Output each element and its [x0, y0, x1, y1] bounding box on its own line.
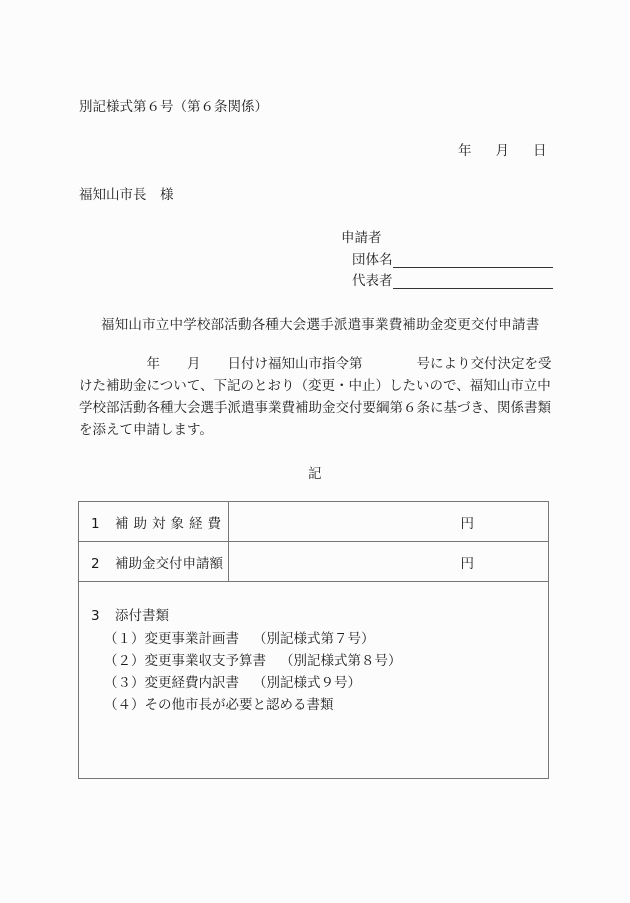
organization-row: 団体名	[352, 248, 553, 268]
representative-field[interactable]	[393, 274, 553, 289]
attachment-index: （１）	[104, 631, 145, 647]
row-number: 1	[91, 516, 115, 532]
date-line: 年月日	[458, 139, 547, 159]
row-value-cell[interactable]: 円	[229, 502, 549, 542]
table-row-application-amount: 2補助金交付申請額 円	[79, 542, 549, 582]
attachment-name: 変更事業収支予算書	[145, 650, 267, 672]
attachment-item: （２）変更事業収支予算書（別記様式第８号）	[91, 650, 548, 672]
document-title: 福知山市立中学校部活動各種大会選手派遣事業費補助金変更交付申請書	[101, 313, 539, 333]
row-value-cell[interactable]: 円	[229, 542, 549, 582]
row-number: 2	[91, 556, 115, 572]
body-line: 年 月 日付け福知山市指令第 号により交付決定を受	[79, 353, 554, 375]
row-unit: 円	[461, 516, 475, 532]
attachments-title-text: 添付書類	[115, 608, 169, 624]
date-month-label: 月	[496, 139, 510, 159]
attachment-item: （１）変更事業計画書（別記様式第７号）	[91, 628, 548, 650]
table-row-attachments: 3添付書類 （１）変更事業計画書（別記様式第７号） （２）変更事業収支予算書（別…	[79, 582, 549, 779]
body-line: を添えて申請します。	[79, 419, 554, 441]
attachments-number: 3	[91, 608, 115, 624]
attachment-index: （３）	[104, 675, 145, 691]
attachment-form-ref: （別記様式９号）	[253, 672, 361, 694]
attachment-name: 変更経費内訳書	[145, 672, 240, 694]
date-year-label: 年	[458, 139, 472, 159]
row-unit: 円	[461, 556, 475, 572]
row-label: 補助対象経費	[115, 516, 226, 532]
attachment-name: 変更事業計画書	[145, 628, 240, 650]
body-line: けた補助金について、下記のとおり（変更・中止）したいので、福知山市立中	[79, 375, 554, 397]
details-table: 1補助対象経費 円 2補助金交付申請額 円 3添付書類 （１）変更事業計画書（別…	[78, 501, 549, 779]
attachment-index: （４）	[104, 697, 145, 713]
attachments-cell: 3添付書類 （１）変更事業計画書（別記様式第７号） （２）変更事業収支予算書（別…	[79, 582, 549, 779]
organization-field[interactable]	[393, 253, 553, 268]
row-label-cell: 2補助金交付申請額	[79, 542, 229, 582]
table-row-subsidy-expenses: 1補助対象経費 円	[79, 502, 549, 542]
attachment-item: （４）その他市長が必要と認める書類	[91, 694, 548, 716]
attachment-index: （２）	[104, 653, 145, 669]
organization-label: 団体名	[352, 248, 393, 268]
body-line: 学校部活動各種大会選手派遣事業費補助金交付要綱第６条に基づき、関係書類	[79, 397, 554, 419]
body-paragraph: 年 月 日付け福知山市指令第 号により交付決定を受 けた補助金について、下記のと…	[79, 353, 554, 441]
attachment-item: （３）変更経費内訳書（別記様式９号）	[91, 672, 548, 694]
addressee: 福知山市長 様	[79, 183, 174, 203]
representative-row: 代表者	[352, 269, 553, 289]
date-day-label: 日	[533, 139, 547, 159]
applicant-label: 申請者	[341, 226, 382, 246]
representative-label: 代表者	[352, 269, 393, 289]
row-label-cell: 1補助対象経費	[79, 502, 229, 542]
attachments-title: 3添付書類	[91, 604, 548, 624]
attachment-form-ref: （別記様式第７号）	[253, 628, 375, 650]
note-heading: 記	[308, 462, 322, 482]
form-number: 別記様式第６号（第６条関係）	[79, 95, 268, 115]
attachment-name: その他市長が必要と認める書類	[145, 694, 334, 716]
row-label: 補助金交付申請額	[115, 556, 223, 572]
attachment-form-ref: （別記様式第８号）	[280, 650, 402, 672]
